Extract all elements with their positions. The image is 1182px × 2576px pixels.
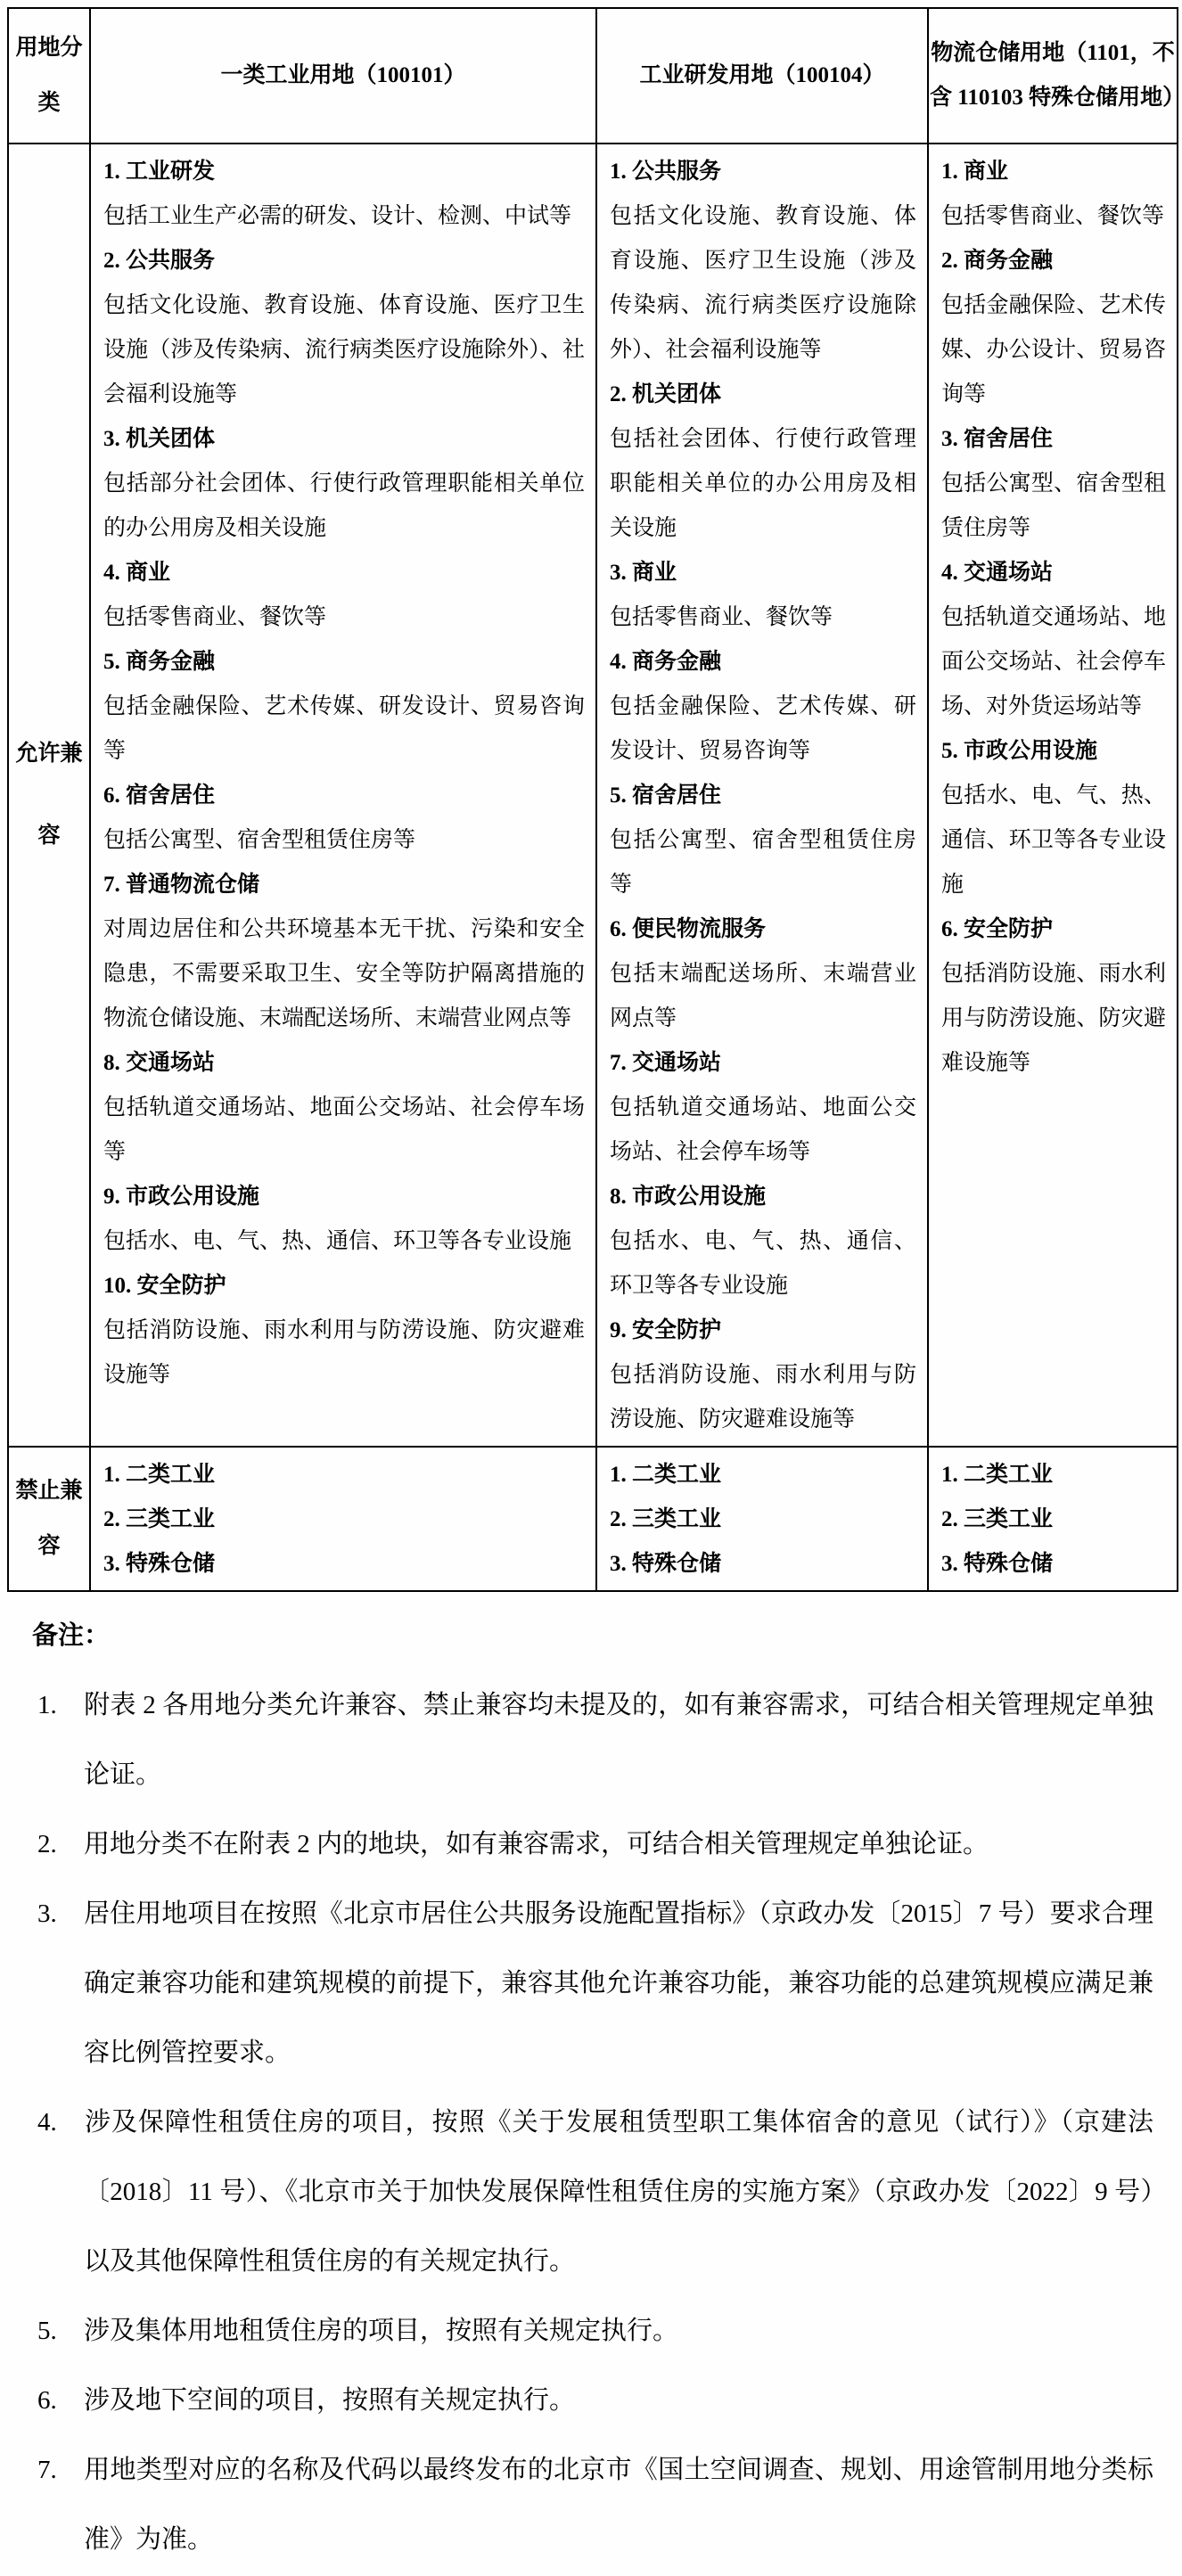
allowed-item-title: 1. 工业研发 — [103, 150, 585, 194]
allowed-item-desc: 包括金融保险、艺术传媒、研发设计、贸易咨询等 — [103, 685, 585, 774]
note-text: 涉及保障性租赁住房的项目，按照《关于发展租赁型职工集体宿舍的意见（试行）》（京建… — [84, 2108, 1153, 2276]
allowed-item-title: 1. 商业 — [941, 150, 1166, 194]
allowed-row-label: 允许兼容 — [8, 144, 90, 1447]
allowed-item-desc: 包括公寓型、宿舍型租赁住房等 — [610, 818, 916, 907]
note-number: 2. — [37, 1809, 84, 1879]
corner-label: 用地分类 — [8, 8, 90, 144]
allowed-cell-logistics-storage: 1. 商业包括零售商业、餐饮等2. 商务金融包括金融保险、艺术传媒、办公设计、贸… — [928, 144, 1178, 1447]
forbidden-item: 3. 特殊仓储 — [941, 1542, 1166, 1587]
forbidden-cell-industrial-class1: 1. 二类工业2. 三类工业3. 特殊仓储 — [90, 1447, 596, 1591]
note-text: 用地类型对应的名称及代码以最终发布的北京市《国土空间调查、规划、用途管制用地分类… — [84, 2456, 1153, 2554]
document-page: 用地分类 一类工业用地（100101） 工业研发用地（100104） 物流仓储用… — [0, 0, 1182, 2576]
allowed-item-desc: 包括水、电、气、热、通信、环卫等各专业设施 — [941, 774, 1166, 907]
note-item: 2.用地分类不在附表 2 内的地块，如有兼容需求，可结合相关管理规定单独论证。 — [32, 1809, 1153, 1879]
allowed-item-desc: 包括社会团体、行使行政管理职能相关单位的办公用房及相关设施 — [610, 417, 916, 551]
allowed-item-desc: 包括消防设施、雨水利用与防涝设施、防灾避难设施等 — [941, 952, 1166, 1086]
compatibility-table: 用地分类 一类工业用地（100101） 工业研发用地（100104） 物流仓储用… — [7, 7, 1178, 1592]
allowed-item-desc: 包括零售商业、餐饮等 — [941, 194, 1166, 239]
note-text: 居住用地项目在按照《北京市居住公共服务设施配置指标》（京政办发〔2015〕7 号… — [84, 1899, 1153, 2067]
allowed-item-desc: 包括金融保险、艺术传媒、研发设计、贸易咨询等 — [610, 685, 916, 774]
allowed-item-title: 7. 交通场站 — [610, 1041, 916, 1086]
allowed-item-title: 9. 安全防护 — [610, 1309, 916, 1353]
allowed-item-title: 7. 普通物流仓储 — [103, 863, 585, 907]
allowed-item-title: 3. 机关团体 — [103, 417, 585, 462]
forbidden-item: 3. 特殊仓储 — [610, 1542, 916, 1587]
allowed-item-desc: 包括水、电、气、热、通信、环卫等各专业设施 — [610, 1219, 916, 1309]
note-text: 涉及地下空间的项目，按照有关规定执行。 — [84, 2386, 575, 2415]
allowed-item-desc: 包括公寓型、宿舍型租赁住房等 — [941, 462, 1166, 551]
note-number: 4. — [37, 2088, 84, 2157]
allowed-item-title: 1. 公共服务 — [610, 150, 916, 194]
allowed-item-desc: 对周边居住和公共环境基本无干扰、污染和安全隐患，不需要采取卫生、安全等防护隔离措… — [103, 907, 585, 1041]
forbidden-item: 2. 三类工业 — [610, 1497, 916, 1542]
allowed-item-desc: 包括轨道交通场站、地面公交场站、社会停车场等 — [103, 1086, 585, 1175]
allowed-item-title: 4. 商业 — [103, 551, 585, 595]
allowed-item-title: 2. 机关团体 — [610, 373, 916, 417]
forbidden-item: 1. 二类工业 — [941, 1453, 1166, 1497]
allowed-item-desc: 包括金融保险、艺术传媒、办公设计、贸易咨询等 — [941, 283, 1166, 417]
forbidden-item: 2. 三类工业 — [103, 1497, 585, 1542]
note-item: 7.用地类型对应的名称及代码以最终发布的北京市《国土空间调查、规划、用途管制用地… — [32, 2435, 1153, 2574]
forbidden-row: 禁止兼容 1. 二类工业2. 三类工业3. 特殊仓储 1. 二类工业2. 三类工… — [8, 1447, 1178, 1591]
allowed-item-title: 5. 商务金融 — [103, 640, 585, 685]
allowed-item-desc: 包括零售商业、餐饮等 — [103, 595, 585, 640]
allowed-item-title: 5. 市政公用设施 — [941, 729, 1166, 774]
forbidden-row-label: 禁止兼容 — [8, 1447, 90, 1591]
allowed-item-title: 3. 宿舍居住 — [941, 417, 1166, 462]
allowed-item-title: 2. 公共服务 — [103, 239, 585, 283]
allowed-item-desc: 包括文化设施、教育设施、体育设施、医疗卫生设施（涉及传染病、流行病类医疗设施除外… — [610, 194, 916, 373]
allowed-item-desc: 包括消防设施、雨水利用与防涝设施、防灾避难设施等 — [103, 1309, 585, 1398]
allowed-item-title: 6. 便民物流服务 — [610, 907, 916, 952]
allowed-item-title: 9. 市政公用设施 — [103, 1175, 585, 1219]
column-header-industrial-rd: 工业研发用地（100104） — [596, 8, 928, 144]
allowed-item-desc: 包括工业生产必需的研发、设计、检测、中试等 — [103, 194, 585, 239]
allowed-item-title: 6. 宿舍居住 — [103, 774, 585, 818]
allowed-item-title: 8. 交通场站 — [103, 1041, 585, 1086]
forbidden-item: 1. 二类工业 — [103, 1453, 585, 1497]
allowed-cell-industrial-rd: 1. 公共服务包括文化设施、教育设施、体育设施、医疗卫生设施（涉及传染病、流行病… — [596, 144, 928, 1447]
note-item: 1.附表 2 各用地分类允许兼容、禁止兼容均未提及的，如有兼容需求，可结合相关管… — [32, 1670, 1153, 1809]
forbidden-item: 1. 二类工业 — [610, 1453, 916, 1497]
allowed-item-title: 2. 商务金融 — [941, 239, 1166, 283]
forbidden-cell-logistics-storage: 1. 二类工业2. 三类工业3. 特殊仓储 — [928, 1447, 1178, 1591]
column-header-industrial-class1: 一类工业用地（100101） — [90, 8, 596, 144]
allowed-item-desc: 包括轨道交通场站、地面公交场站、社会停车场、对外货运场站等 — [941, 595, 1166, 729]
notes-list: 1.附表 2 各用地分类允许兼容、禁止兼容均未提及的，如有兼容需求，可结合相关管… — [32, 1670, 1153, 2574]
note-item: 5.涉及集体用地租赁住房的项目，按照有关规定执行。 — [32, 2296, 1153, 2366]
note-number: 3. — [37, 1879, 84, 1948]
notes-section: 备注： 1.附表 2 各用地分类允许兼容、禁止兼容均未提及的，如有兼容需求，可结… — [7, 1601, 1177, 2574]
allowed-item-title: 10. 安全防护 — [103, 1264, 585, 1309]
allowed-item-desc: 包括水、电、气、热、通信、环卫等各专业设施 — [103, 1219, 585, 1264]
note-item: 4.涉及保障性租赁住房的项目，按照《关于发展租赁型职工集体宿舍的意见（试行）》（… — [32, 2088, 1153, 2296]
note-text: 用地分类不在附表 2 内的地块，如有兼容需求，可结合相关管理规定单独论证。 — [84, 1830, 989, 1858]
forbidden-cell-industrial-rd: 1. 二类工业2. 三类工业3. 特殊仓储 — [596, 1447, 928, 1591]
allowed-item-desc: 包括消防设施、雨水利用与防涝设施、防灾避难设施等 — [610, 1353, 916, 1442]
allowed-item-title: 8. 市政公用设施 — [610, 1175, 916, 1219]
forbidden-item: 3. 特殊仓储 — [103, 1542, 585, 1587]
allowed-item-desc: 包括轨道交通场站、地面公交场站、社会停车场等 — [610, 1086, 916, 1175]
allowed-item-desc: 包括公寓型、宿舍型租赁住房等 — [103, 818, 585, 863]
allowed-item-title: 4. 交通场站 — [941, 551, 1166, 595]
note-number: 1. — [37, 1670, 84, 1740]
note-number: 7. — [37, 2435, 84, 2505]
allowed-item-title: 6. 安全防护 — [941, 907, 1166, 952]
note-number: 5. — [37, 2296, 84, 2366]
allowed-item-desc: 包括末端配送场所、末端营业网点等 — [610, 952, 916, 1041]
allowed-cell-industrial-class1: 1. 工业研发包括工业生产必需的研发、设计、检测、中试等2. 公共服务包括文化设… — [90, 144, 596, 1447]
allowed-item-desc: 包括部分社会团体、行使行政管理职能相关单位的办公用房及相关设施 — [103, 462, 585, 551]
allowed-item-desc: 包括零售商业、餐饮等 — [610, 595, 916, 640]
note-item: 6.涉及地下空间的项目，按照有关规定执行。 — [32, 2366, 1153, 2435]
note-item: 3.居住用地项目在按照《北京市居住公共服务设施配置指标》（京政办发〔2015〕7… — [32, 1879, 1153, 2088]
allowed-item-title: 4. 商务金融 — [610, 640, 916, 685]
column-header-logistics-storage: 物流仓储用地（1101，不含 110103 特殊仓储用地） — [928, 8, 1178, 144]
note-text: 涉及集体用地租赁住房的项目，按照有关规定执行。 — [84, 2317, 678, 2345]
allowed-item-title: 3. 商业 — [610, 551, 916, 595]
notes-heading: 备注： — [32, 1601, 1153, 1670]
forbidden-item: 2. 三类工业 — [941, 1497, 1166, 1542]
note-number: 6. — [37, 2366, 84, 2435]
note-text: 附表 2 各用地分类允许兼容、禁止兼容均未提及的，如有兼容需求，可结合相关管理规… — [84, 1691, 1153, 1789]
allowed-item-desc: 包括文化设施、教育设施、体育设施、医疗卫生设施（涉及传染病、流行病类医疗设施除外… — [103, 283, 585, 417]
allowed-item-title: 5. 宿舍居住 — [610, 774, 916, 818]
header-row: 用地分类 一类工业用地（100101） 工业研发用地（100104） 物流仓储用… — [8, 8, 1178, 144]
allowed-row: 允许兼容 1. 工业研发包括工业生产必需的研发、设计、检测、中试等2. 公共服务… — [8, 144, 1178, 1447]
